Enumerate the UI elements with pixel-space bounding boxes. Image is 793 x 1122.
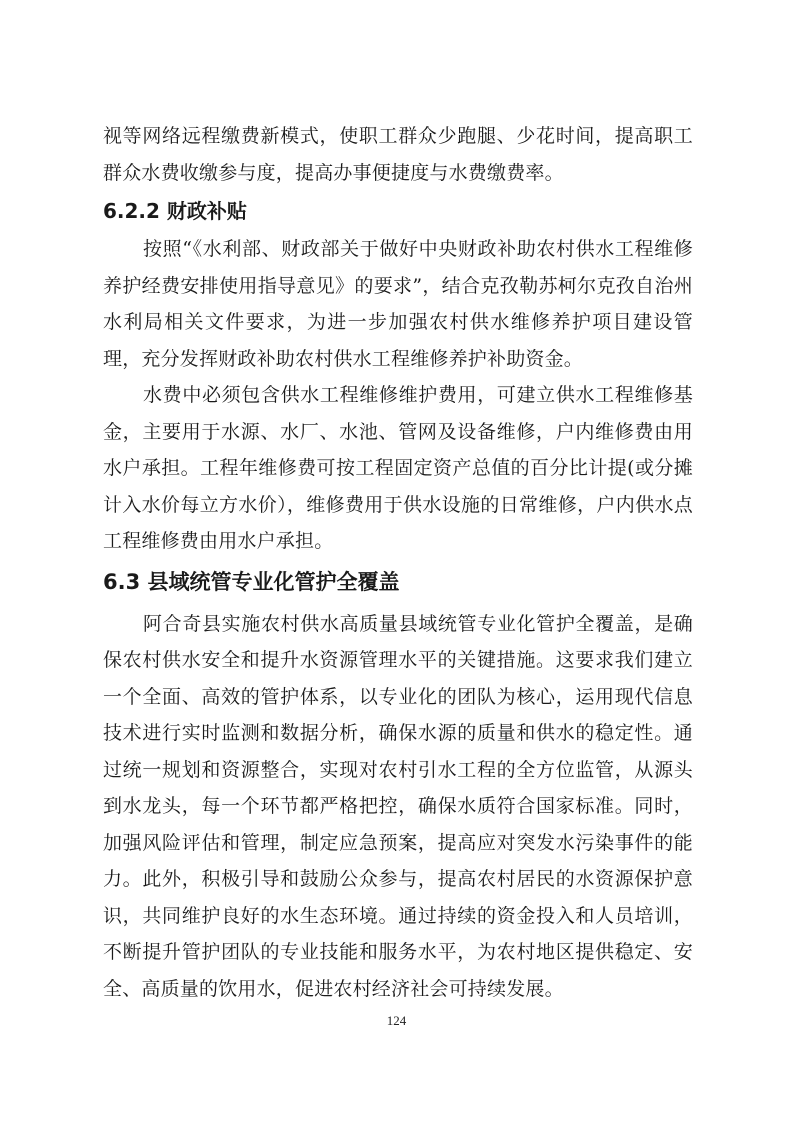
section-heading-6-3: 6.3 县域统管专业化管护全覆盖: [103, 562, 693, 602]
paragraph-fiscal-subsidy-1: 按照“《水利部、财政部关于做好中央财政补助农村供水工程维修养护经费安排使用指导意…: [103, 231, 693, 377]
page-number: 124: [0, 1013, 793, 1029]
continued-paragraph: 视等网络远程缴费新模式，使职工群众少跑腿、少花时间，提高职工群众水费收缴参与度，…: [103, 118, 693, 191]
paragraph-county-management: 阿合奇县实施农村供水高质量县域统管专业化管护全覆盖，是确保农村供水安全和提升水资…: [103, 606, 693, 1008]
document-page: 视等网络远程缴费新模式，使职工群众少跑腿、少花时间，提高职工群众水费收缴参与度，…: [103, 118, 693, 1007]
section-heading-6-2-2: 6.2.2 财政补贴: [103, 191, 693, 231]
paragraph-fiscal-subsidy-2: 水费中必须包含供水工程维修维护费用，可建立供水工程维修基金，主要用于水源、水厂、…: [103, 377, 693, 560]
